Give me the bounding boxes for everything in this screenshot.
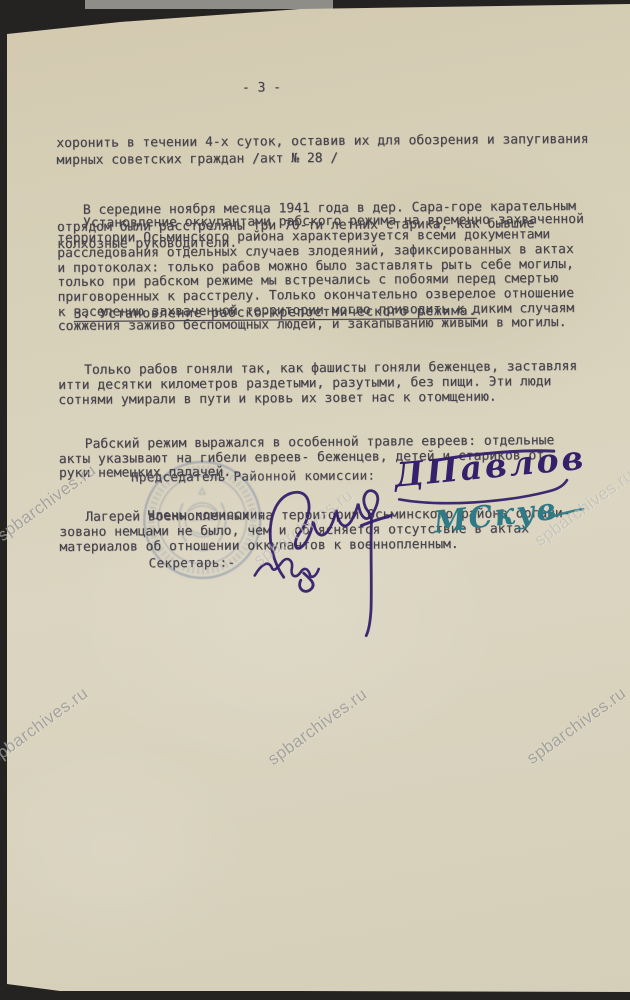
paragraph-refugees: Только рабов гоняли так, как фашисты гон… — [58, 360, 585, 408]
page-content-layer: - 3 - хоронить в течении 4-х суток, оста… — [0, 0, 630, 1000]
page-number: - 3 - — [242, 77, 588, 97]
round-stamp-seal — [140, 457, 265, 582]
archival-scan-page: - 3 - хоронить в течении 4-х суток, оста… — [0, 0, 630, 1000]
paragraph-burials: хоронить в течении 4-х суток, оставив их… — [56, 132, 588, 170]
background-sheet-edge — [85, 0, 333, 9]
paper-sheet: - 3 - хоронить в течении 4-х суток, оста… — [0, 0, 630, 1000]
paragraph-slave-regime: Установление оккупантами рабского режима… — [57, 213, 585, 335]
